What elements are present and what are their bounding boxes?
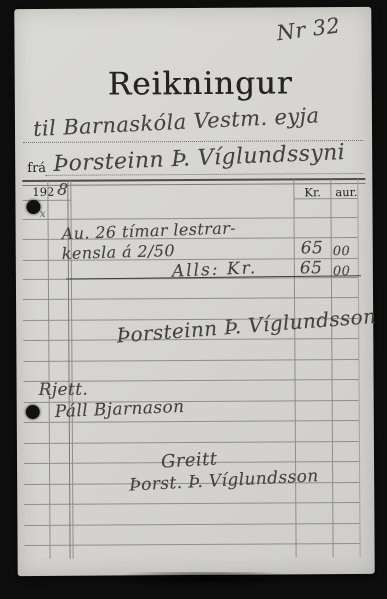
recipient-handwritten: til Barnaskóla Vestm. eyja bbox=[33, 103, 320, 141]
punch-hole-top bbox=[26, 200, 40, 214]
paid-signature: Þorst. Þ. Víglundsson bbox=[129, 466, 319, 495]
approval-signature: Páll Bjarnason bbox=[54, 397, 184, 422]
aur-column-header: aur. bbox=[335, 185, 357, 199]
column-line bbox=[357, 179, 360, 557]
column-line bbox=[47, 181, 50, 559]
from-label: frá bbox=[27, 161, 46, 176]
column-line bbox=[330, 179, 333, 557]
entry-line-2-aur: 00 bbox=[333, 244, 350, 259]
entry-line-1: Au. 26 tímar lestrar- bbox=[61, 218, 236, 243]
paper-edge-shadow bbox=[110, 572, 300, 588]
entry-line-2-kr: 65 bbox=[301, 238, 324, 258]
ruled-line bbox=[25, 543, 360, 546]
kr-column-header: Kr. bbox=[304, 185, 321, 199]
invoice-paper: Nr 32 Reikningur til Barnaskóla Vestm. e… bbox=[14, 7, 374, 576]
scanned-invoice-photo: Nr 32 Reikningur til Barnaskóla Vestm. e… bbox=[0, 0, 387, 599]
punch-hole-bottom bbox=[26, 405, 40, 419]
year-prefix: 192 bbox=[32, 185, 54, 199]
paid-label: Greitt bbox=[160, 448, 217, 472]
table-grid bbox=[14, 7, 371, 9]
ruled-line bbox=[24, 502, 359, 505]
main-signature: Þorsteinn Þ. Víglundsson bbox=[116, 304, 377, 348]
ruled-line bbox=[24, 441, 359, 444]
entry-line-2: kensla á 2/50 bbox=[62, 241, 176, 263]
column-line bbox=[293, 179, 296, 557]
invoice-number-handwritten: Nr 32 bbox=[275, 13, 341, 45]
total-aur: 00 bbox=[333, 264, 350, 279]
ruled-line bbox=[23, 297, 358, 300]
ruled-line bbox=[23, 359, 358, 362]
from-name-handwritten: Þorsteinn Þ. Víglundssyni bbox=[53, 140, 346, 177]
header-underline-right bbox=[293, 198, 357, 199]
approval-label: Rjett. bbox=[39, 380, 89, 400]
form-title: Reikningur bbox=[15, 65, 372, 103]
ruled-line bbox=[24, 523, 359, 526]
